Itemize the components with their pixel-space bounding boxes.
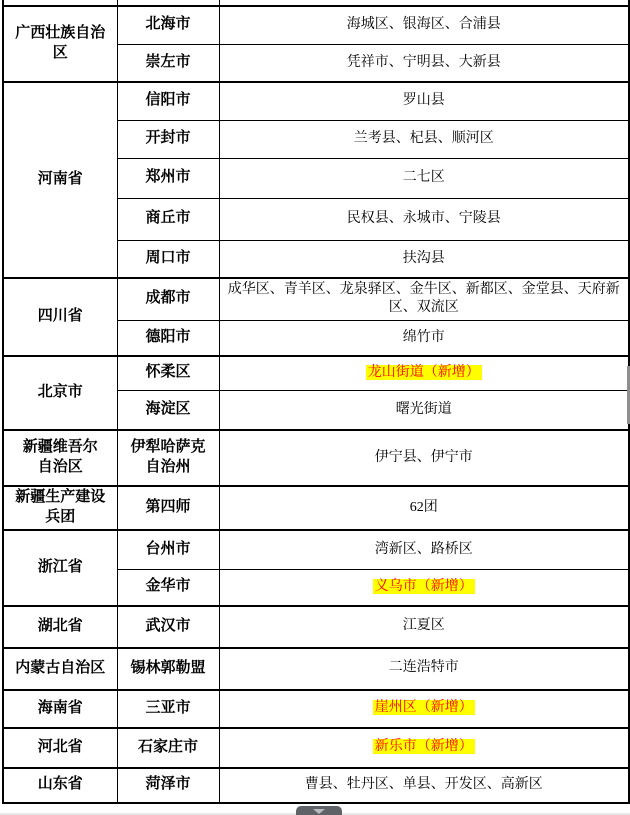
city-cell: 郑州市 [117,158,219,198]
city-cell: 金华市 [117,570,219,606]
city-cell: 商丘市 [117,198,219,240]
province-cell: 浙江省 [3,530,117,606]
table-row: 山东省菏泽市曹县、牡丹区、单县、开发区、高新区 [3,768,629,803]
document-page: 广西壮族自治区北海市海城区、银海区、合浦县崇左市凭祥市、宁明县、大新县河南省信阳… [0,0,630,815]
districts-cell: 成华区、青羊区、龙泉驿区、金牛区、新都区、金堂县、天府新区、双流区 [219,278,629,320]
city-cell: 锡林郭勒盟 [117,648,219,690]
province-cell: 河北省 [3,728,117,768]
city-cell: 石家庄市 [117,728,219,768]
city-cell: 第四师 [117,486,219,530]
table-row: 湖北省武汉市江夏区 [3,606,629,648]
districts-cell: 新乐市（新增） [219,728,629,768]
districts-cell: 罗山县 [219,82,629,120]
districts-cell: 绵竹市 [219,320,629,356]
districts-cell: 龙山街道（新增） [219,356,629,390]
highlighted-text: 新乐市（新增） [373,739,475,754]
city-cell: 海淀区 [117,390,219,430]
city-cell: 成都市 [117,278,219,320]
table-row: 浙江省台州市湾新区、路桥区 [3,530,629,570]
districts-cell: 曹县、牡丹区、单县、开发区、高新区 [219,768,629,803]
districts-cell: 二连浩特市 [219,648,629,690]
province-cell: 广西壮族自治区 [3,6,117,82]
table-row: 四川省成都市成华区、青羊区、龙泉驿区、金牛区、新都区、金堂县、天府新区、双流区 [3,278,629,320]
table-row: 北京市怀柔区龙山街道（新增） [3,356,629,390]
province-cell: 新疆生产建设 兵团 [3,486,117,530]
highlighted-text: 龙山街道（新增） [366,365,482,380]
districts-cell: 崖州区（新增） [219,690,629,728]
table-row: 内蒙古自治区锡林郭勒盟二连浩特市 [3,648,629,690]
highlighted-text: 义乌市（新增） [373,579,475,594]
districts-cell: 海城区、银海区、合浦县 [219,6,629,44]
city-cell: 伊犁哈萨克 自治州 [117,430,219,486]
city-cell: 德阳市 [117,320,219,356]
city-cell: 周口市 [117,240,219,278]
table-row: 广西壮族自治区北海市海城区、银海区、合浦县 [3,6,629,44]
city-cell: 开封市 [117,120,219,158]
chevron-down-icon [313,809,325,814]
province-cell: 四川省 [3,278,117,356]
table-row: 新疆生产建设 兵团第四师62团 [3,486,629,530]
table-row: 新疆维吾尔 自治区伊犁哈萨克 自治州伊宁县、伊宁市 [3,430,629,486]
districts-cell: 江夏区 [219,606,629,648]
districts-cell: 民权县、永城市、宁陵县 [219,198,629,240]
province-cell: 山东省 [3,768,117,803]
city-cell: 武汉市 [117,606,219,648]
region-table: 广西壮族自治区北海市海城区、银海区、合浦县崇左市凭祥市、宁明县、大新县河南省信阳… [2,0,630,804]
province-cell: 内蒙古自治区 [3,648,117,690]
table-row: 河南省信阳市罗山县 [3,82,629,120]
districts-cell: 扶沟县 [219,240,629,278]
districts-cell: 62团 [219,486,629,530]
scroll-down-button[interactable] [296,806,342,815]
districts-cell: 义乌市（新增） [219,570,629,606]
region-table-body: 广西壮族自治区北海市海城区、银海区、合浦县崇左市凭祥市、宁明县、大新县河南省信阳… [3,0,629,803]
city-cell: 三亚市 [117,690,219,728]
table-row: 海南省三亚市崖州区（新增） [3,690,629,728]
districts-cell: 伊宁县、伊宁市 [219,430,629,486]
province-cell: 新疆维吾尔 自治区 [3,430,117,486]
districts-cell: 凭祥市、宁明县、大新县 [219,44,629,82]
city-cell: 菏泽市 [117,768,219,803]
city-cell: 信阳市 [117,82,219,120]
city-cell: 崇左市 [117,44,219,82]
districts-cell: 兰考县、杞县、顺河区 [219,120,629,158]
province-cell: 海南省 [3,690,117,728]
highlighted-text: 崖州区（新增） [373,700,475,715]
districts-cell: 湾新区、路桥区 [219,530,629,570]
districts-cell: 曙光街道 [219,390,629,430]
city-cell: 怀柔区 [117,356,219,390]
table-row: 河北省石家庄市新乐市（新增） [3,728,629,768]
city-cell: 台州市 [117,530,219,570]
city-cell: 北海市 [117,6,219,44]
province-cell: 北京市 [3,356,117,430]
province-cell: 河南省 [3,82,117,278]
districts-cell: 二七区 [219,158,629,198]
province-cell: 湖北省 [3,606,117,648]
